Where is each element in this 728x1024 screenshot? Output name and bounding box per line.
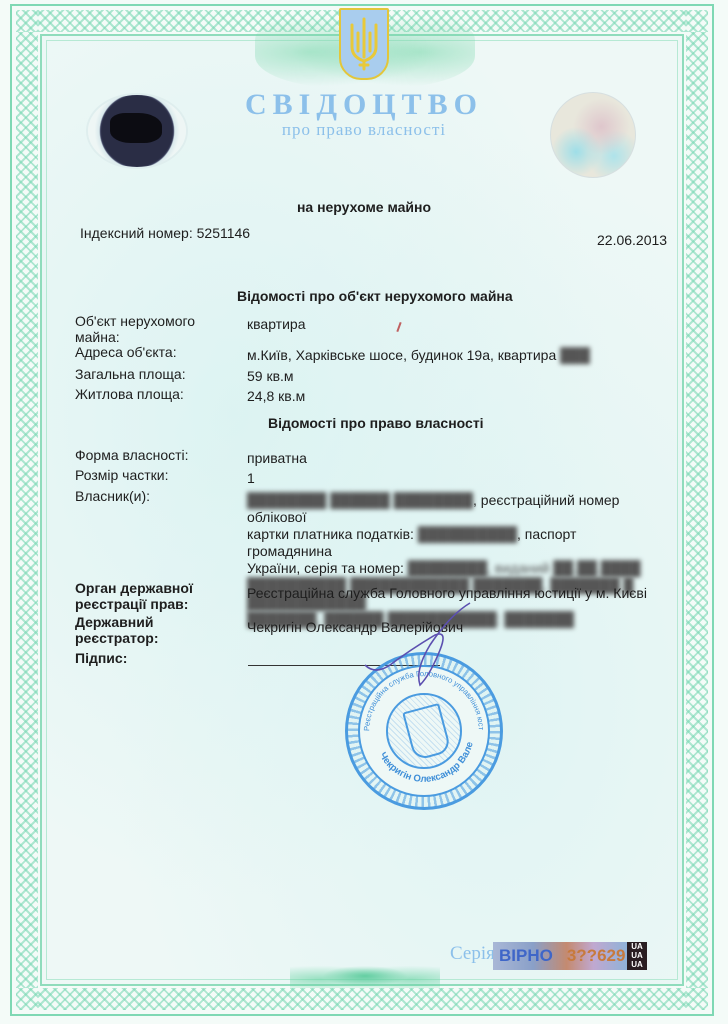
field-value-share-size: 1 (247, 470, 255, 486)
series-number: 3??629 (567, 946, 626, 966)
registrar-label: Державний реєстратор: (75, 614, 195, 646)
field-value-object: квартира (247, 316, 305, 332)
hologram-strip: ВІРНО 3??629 (493, 942, 627, 970)
iridescent-hologram-icon (550, 92, 636, 178)
index-number: 5251146 (197, 225, 250, 241)
redacted-tax-number: ██████████ (418, 526, 517, 542)
series-label: Серія (450, 943, 495, 965)
trident-coat-of-arms-icon (339, 8, 389, 80)
ua-badge: UA UA UA (627, 942, 647, 970)
redacted-apartment-number: ███ (560, 347, 590, 363)
authority-label: Орган державної реєстрації прав: (75, 580, 215, 612)
property-section-heading: Відомості про об'єкт нерухомого майна (237, 288, 513, 304)
issue-date: 22.06.2013 (597, 232, 667, 248)
property-type-heading: на нерухоме майно (0, 199, 728, 215)
field-value-ownership-form: приватна (247, 450, 307, 466)
bottom-ornament (290, 958, 440, 988)
field-label-share-size: Розмір частки: (75, 467, 169, 483)
field-value-total-area: 59 кв.м (247, 368, 294, 384)
field-label-owners: Власник(и): (75, 488, 150, 504)
index-number-line: Індексний номер: 5251146 (80, 225, 250, 241)
hologram-word: ВІРНО (499, 946, 553, 966)
signature-label: Підпис: (75, 650, 127, 666)
ownership-section-heading: Відомості про право власності (268, 415, 484, 431)
field-label-address: Адреса об'єкта: (75, 344, 177, 360)
redacted-owner-name: ████████ ██████ ████████ (247, 492, 473, 508)
index-label: Індексний номер: (80, 225, 193, 241)
field-label-living-area: Житлова площа: (75, 386, 184, 402)
handwritten-signature (360, 595, 490, 705)
field-label-ownership-form: Форма власності: (75, 447, 189, 463)
redacted-passport: ████████, виданий ██.██.████ (408, 560, 641, 576)
field-label-total-area: Загальна площа: (75, 366, 186, 382)
field-value-living-area: 24,8 кв.м (247, 388, 305, 404)
field-value-address: м.Київ, Харківське шосе, будинок 19а, кв… (247, 347, 590, 363)
field-label-object: Об'єкт нерухомого майна: (75, 313, 225, 345)
ukraine-map-hologram-icon (88, 95, 186, 167)
